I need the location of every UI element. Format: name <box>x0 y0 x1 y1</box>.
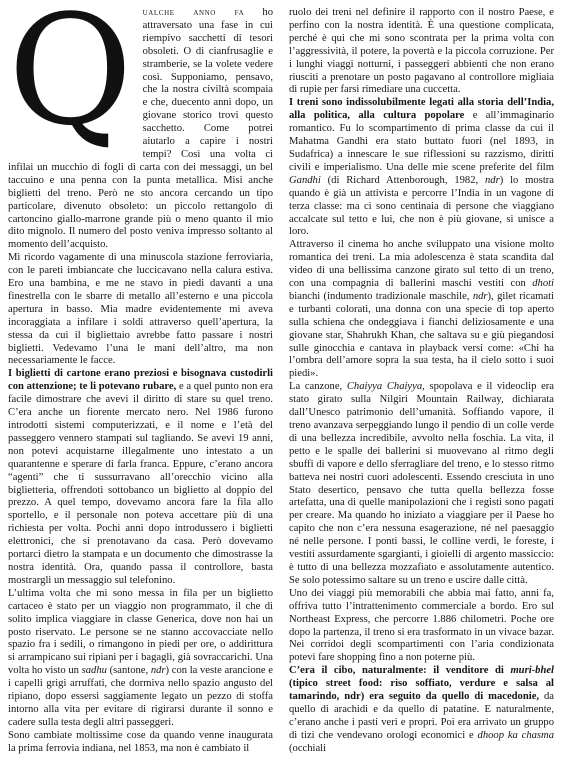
text-run: La canzone, <box>289 381 347 392</box>
text-run: ruolo dei treni nel definire il rapporto… <box>289 7 554 95</box>
text-run: C’era il cibo, naturalmente: il venditor… <box>289 665 510 676</box>
paragraph: La canzone, Chaiyya Chaiyya, spopolava e… <box>289 381 554 588</box>
paragraph: Sono cambiate moltissime cose da quando … <box>8 730 273 756</box>
text-run: bianchi (indumento tradizionale maschile… <box>289 291 473 302</box>
paragraph: I biglietti di cartone erano preziosi e … <box>8 368 273 587</box>
text-run: dhoop ka chasma <box>478 730 554 741</box>
text-run: Sono cambiate moltissime cose da quando … <box>8 730 273 754</box>
text-run: sadhu <box>82 665 107 676</box>
text-run: (di Richard Attenborough, 1982, <box>321 175 485 186</box>
text-run: ndr <box>151 665 166 676</box>
text-run: e a quel punto non era facile dimostrare… <box>8 381 273 586</box>
paragraph: I treni sono indissolubilmente legati al… <box>289 97 554 239</box>
paragraph: Mi ricordo vagamente di una minuscola st… <box>8 252 273 368</box>
text-run: (occhiali <box>289 743 326 754</box>
text-run: (santone, <box>107 665 151 676</box>
magazine-page: Q ualche anno fa ho attraversato una fas… <box>0 0 561 779</box>
text-column-right: ruolo dei treni nel definire il rapporto… <box>289 7 554 774</box>
text-column-left: Q ualche anno fa ho attraversato una fas… <box>8 7 273 774</box>
text-run: Gandhi <box>289 175 321 186</box>
paragraph: Uno dei viaggi più memorabili che abbia … <box>289 588 554 665</box>
text-run: ualche anno fa <box>143 7 245 18</box>
text-run: ), gilet ricamati e turbanti colorati, u… <box>289 291 554 379</box>
text-run: Mi ricordo vagamente di una minuscola st… <box>8 252 273 366</box>
paragraph: L’ultima volta che mi sono messa in fila… <box>8 588 273 730</box>
text-run: (tipico street food: riso soffiato, verd… <box>289 678 554 702</box>
text-run: Uno dei viaggi più memorabili che abbia … <box>289 588 554 664</box>
paragraph: C’era il cibo, naturalmente: il venditor… <box>289 665 554 755</box>
dropcap-letter: Q <box>8 7 143 149</box>
text-run: ndr <box>473 291 488 302</box>
text-run: ndr <box>485 175 500 186</box>
text-run: , spopolava e il videoclip era stato gir… <box>289 381 554 586</box>
text-run: Attraverso il cinema ho anche sviluppato… <box>289 239 554 289</box>
text-run: dhoti <box>532 278 554 289</box>
text-run: muri-bhel <box>510 665 554 676</box>
paragraph: Attraverso il cinema ho anche sviluppato… <box>289 239 554 381</box>
text-run: L’ultima volta che mi sono messa in fila… <box>8 588 273 676</box>
paragraph: ruolo dei treni nel definire il rapporto… <box>289 7 554 97</box>
text-run: Chaiyya Chaiyya <box>347 381 422 392</box>
